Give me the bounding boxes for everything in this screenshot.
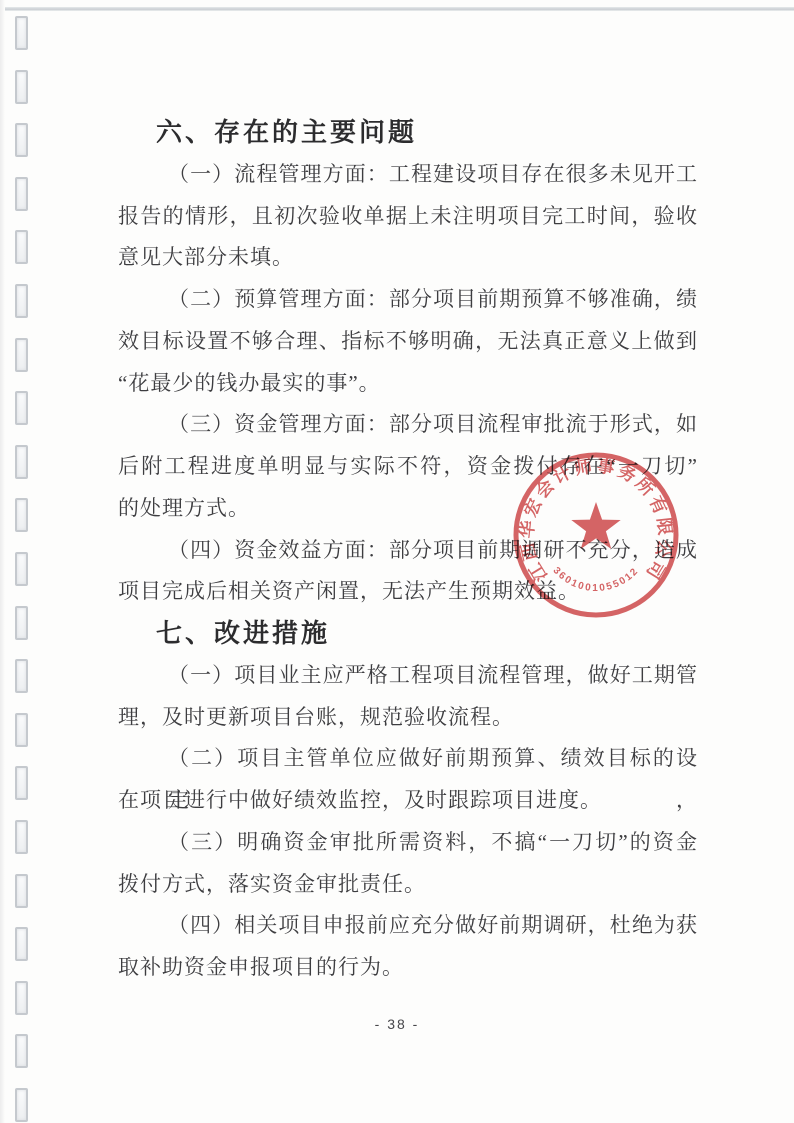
binding-hole (15, 713, 28, 747)
text-line: （一）项目业主应严格工程项目流程管理，做好工期管 (118, 655, 698, 697)
text-line: （二）预算管理方面：部分项目前期预算不够准确，绩 (118, 279, 698, 321)
binding-hole (15, 606, 28, 640)
text-line: （三）明确资金审批所需资料，不搞“一刀切”的资金 (118, 822, 698, 864)
text-line: （二）项目主管单位应做好前期预算、绩效目标的设定， (118, 738, 698, 780)
scan-left-edge-shade (0, 0, 5, 1123)
binding-hole (15, 1088, 28, 1122)
star-icon (571, 502, 620, 549)
text-line: 理，及时更新项目台账，规范验收流程。 (118, 697, 698, 739)
binding-hole (15, 16, 28, 50)
binding-hole (15, 445, 28, 479)
text-line: 意见大部分未填。 (118, 237, 698, 279)
binding-hole (15, 874, 28, 908)
binding-hole (15, 391, 28, 425)
binding-hole (15, 230, 28, 264)
text-line: （一）流程管理方面：工程建设项目存在很多未见开工 (118, 154, 698, 196)
binding-hole (15, 284, 28, 318)
binding-hole (15, 766, 28, 800)
binding-hole (15, 820, 28, 854)
binding-hole (15, 123, 28, 157)
binding-hole (15, 981, 28, 1015)
text-line: 拨付方式，落实资金审批责任。 (118, 864, 698, 906)
scan-top-edge-line (0, 7, 794, 11)
binding-hole (15, 70, 28, 104)
section-heading: 六、存在的主要问题 (118, 112, 698, 154)
text-line: “花最少的钱办最实的事”。 (118, 363, 698, 405)
scanned-document-page: 六、存在的主要问题（一）流程管理方面：工程建设项目存在很多未见开工报告的情形，且… (0, 0, 794, 1123)
section-heading: 七、改进措施 (118, 613, 698, 655)
binding-hole (15, 552, 28, 586)
seal-serial-number: 3601001055012 (551, 565, 642, 594)
binding-hole (15, 1034, 28, 1068)
company-seal: 江西华宏会计师事务所有限公司 3601001055012 (512, 451, 680, 619)
binding-hole (15, 177, 28, 211)
text-line: （四）相关项目申报前应充分做好前期调研，杜绝为获 (118, 905, 698, 947)
text-line: 报告的情形，且初次验收单据上未注明项目完工时间，验收 (118, 196, 698, 238)
binding-hole (15, 498, 28, 532)
text-line: （三）资金管理方面：部分项目流程审批流于形式，如 (118, 404, 698, 446)
binding-hole (15, 659, 28, 693)
company-seal-graphic: 江西华宏会计师事务所有限公司 3601001055012 (512, 451, 680, 619)
binding-hole (15, 338, 28, 372)
binding-hole (15, 927, 28, 961)
page-number: - 38 - (0, 1016, 794, 1032)
text-line: 效目标设置不够合理、指标不够明确，无法真正意义上做到 (118, 321, 698, 363)
text-line: 取补助资金申报项目的行为。 (118, 947, 698, 989)
